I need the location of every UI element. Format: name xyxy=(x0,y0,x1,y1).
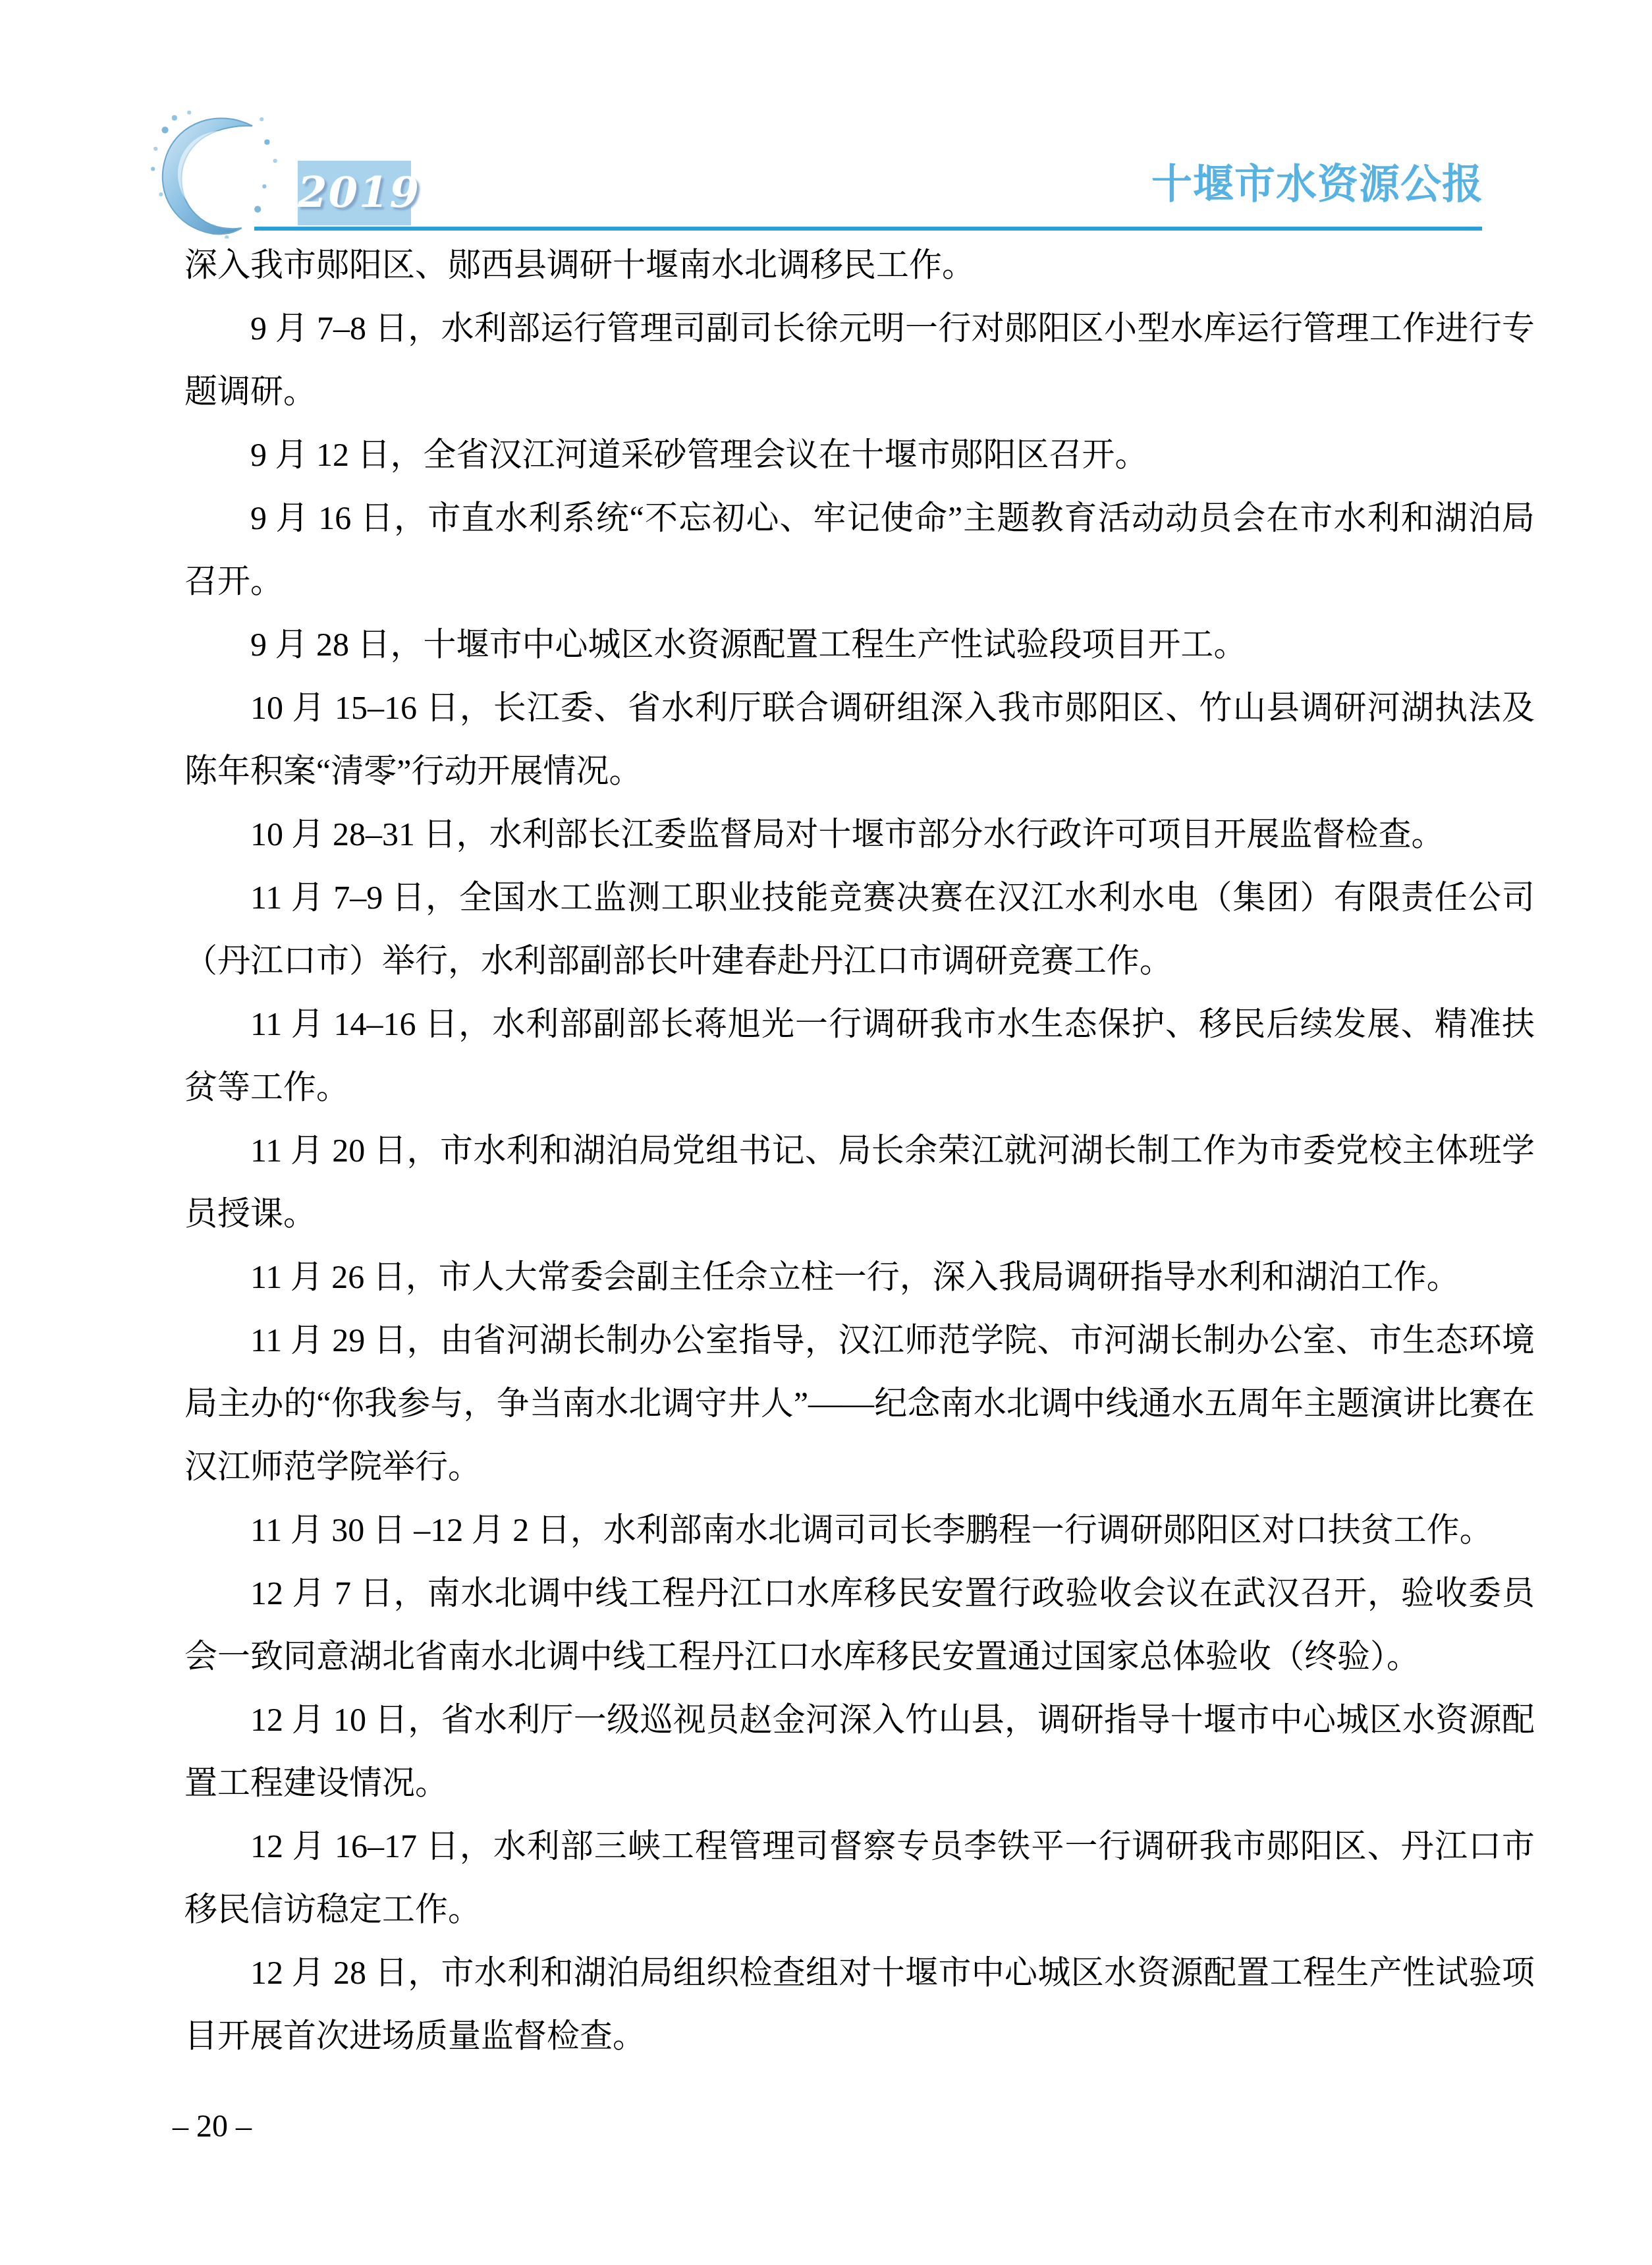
paragraph: 11 月 26 日，市人大常委会副主任佘立柱一行，深入我局调研指导水利和湖泊工作… xyxy=(184,1245,1535,1308)
paragraph: 10 月 28–31 日，水利部长江委监督局对十堰市部分水行政许可项目开展监督检… xyxy=(184,802,1535,866)
paragraph: 11 月 29 日，由省河湖长制办公室指导，汉江师范学院、市河湖长制办公室、市生… xyxy=(184,1308,1535,1498)
paragraph: 12 月 7 日，南水北调中线工程丹江口水库移民安置行政验收会议在武汉召开，验收… xyxy=(184,1561,1535,1688)
year-badge: 2019 xyxy=(298,161,411,225)
paragraph: 9 月 7–8 日，水利部运行管理司副司长徐元明一行对郧阳区小型水库运行管理工作… xyxy=(184,296,1535,423)
water-splash-icon xyxy=(146,107,287,238)
page-number: – 20 – xyxy=(173,2110,252,2144)
paragraph: 10 月 15–16 日，长江委、省水利厅联合调研组深入我市郧阳区、竹山县调研河… xyxy=(184,676,1535,802)
paragraph: 12 月 16–17 日，水利部三峡工程管理司督察专员李铁平一行调研我市郧阳区、… xyxy=(184,1814,1535,1941)
paragraph: 9 月 28 日，十堰市中心城区水资源配置工程生产性试验段项目开工。 xyxy=(184,613,1535,676)
paragraph: 9 月 12 日，全省汉江河道采砂管理会议在十堰市郧阳区召开。 xyxy=(184,423,1535,486)
document-page: 2019 十堰市水资源公报 深入我市郧阳区、郧西县调研十堰南水北调移民工作。 9… xyxy=(0,0,1652,2265)
paragraph: 12 月 10 日，省水利厅一级巡视员赵金河深入竹山县，调研指导十堰市中心城区水… xyxy=(184,1688,1535,1814)
paragraph: 深入我市郧阳区、郧西县调研十堰南水北调移民工作。 xyxy=(184,233,1535,296)
paragraph: 9 月 16 日，市直水利系统“不忘初心、牢记使命”主题教育活动动员会在市水利和… xyxy=(184,486,1535,613)
paragraph: 12 月 28 日，市水利和湖泊局组织检查组对十堰市中心城区水资源配置工程生产性… xyxy=(184,1941,1535,2067)
header-divider xyxy=(254,227,1482,231)
paragraph: 11 月 14–16 日，水利部副部长蒋旭光一行调研我市水生态保护、移民后续发展… xyxy=(184,992,1535,1119)
paragraph: 11 月 30 日 –12 月 2 日，水利部南水北调司司长李鹏程一行调研郧阳区… xyxy=(184,1498,1535,1561)
document-body: 深入我市郧阳区、郧西县调研十堰南水北调移民工作。 9 月 7–8 日，水利部运行… xyxy=(184,233,1535,2067)
paragraph: 11 月 20 日，市水利和湖泊局党组书记、局长余荣江就河湖长制工作为市委党校主… xyxy=(184,1119,1535,1245)
paragraph: 11 月 7–9 日，全国水工监测工职业技能竞赛决赛在汉江水利水电（集团）有限责… xyxy=(184,866,1535,992)
page-title: 十堰市水资源公报 xyxy=(1133,162,1483,208)
